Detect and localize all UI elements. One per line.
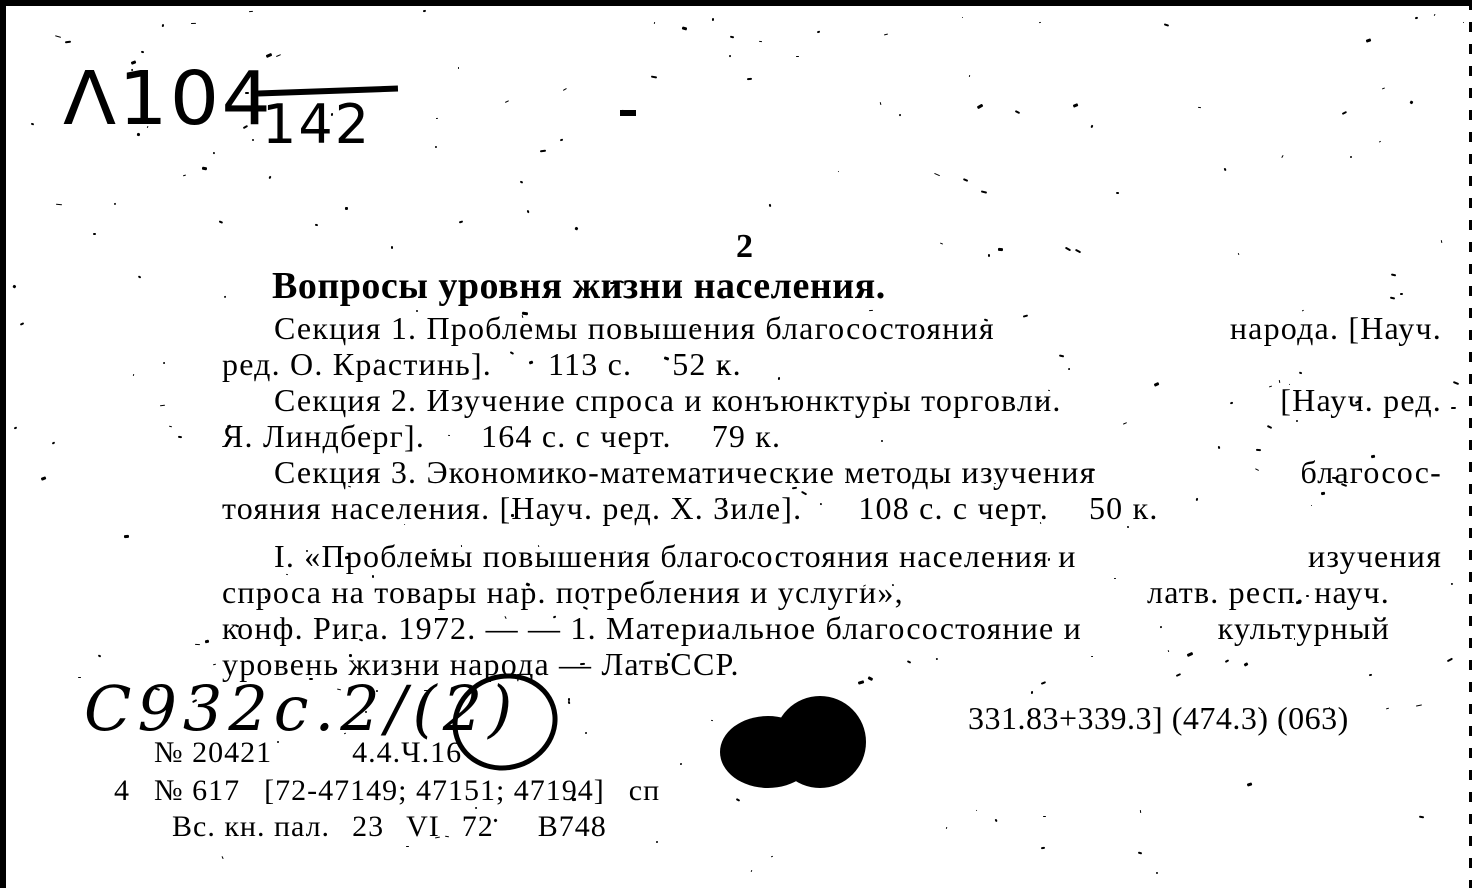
noise-speck [1342, 111, 1347, 115]
order-copies: 4 [114, 774, 130, 807]
noise-speck [1349, 156, 1351, 158]
noise-speck [1391, 274, 1397, 277]
section-3-editor: тояния населения. [Науч. ред. Х. Зиле]. [222, 490, 802, 526]
noise-speck [567, 700, 570, 703]
noise-speck [276, 740, 279, 742]
noise-speck [1218, 445, 1220, 448]
noise-speck [711, 18, 713, 21]
udc-classification: 331.83+339.3] (474.3) (063) [968, 700, 1349, 737]
section-2-line-1: Секция 2. Изучение спроса и конъюнктуры … [222, 382, 1442, 419]
subject-line-1: I. «Проблемы повышения благосостояния на… [222, 538, 1442, 575]
noise-speck [574, 227, 578, 231]
noise-speck [458, 67, 459, 69]
noise-speck [610, 282, 615, 284]
scan-border-left [0, 0, 6, 888]
section-2-text-b: [Науч. ред. [1280, 382, 1442, 419]
noise-speck [963, 178, 968, 182]
noise-speck [406, 846, 409, 847]
noise-speck [1156, 872, 1158, 874]
noise-speck [445, 835, 449, 837]
noise-speck [202, 167, 207, 171]
noise-speck [505, 100, 510, 103]
noise-speck [162, 24, 164, 27]
noise-speck [650, 75, 656, 78]
noise-speck [1091, 656, 1093, 657]
noise-speck [133, 374, 135, 376]
chamber-day: 23 [352, 810, 384, 843]
noise-speck [1074, 249, 1080, 254]
noise-speck [55, 36, 61, 39]
noise-speck [1238, 253, 1240, 255]
noise-speck [1223, 168, 1226, 171]
subject-line-3: конф. Рига. 1972. — — 1. Материальное бл… [222, 610, 1390, 647]
noise-speck [994, 818, 997, 821]
section-1-pages: 113 с. [548, 346, 632, 382]
noise-speck [182, 175, 185, 177]
noise-speck [1247, 783, 1253, 787]
noise-speck [1451, 407, 1456, 409]
noise-speck [1419, 816, 1425, 819]
noise-speck [1434, 14, 1436, 17]
ink-blot [718, 696, 868, 792]
section-1-line-1: Секция 1. Проблемы повышения благосостоя… [222, 310, 1442, 347]
noise-speck [1091, 124, 1094, 127]
noise-speck [976, 809, 978, 811]
noise-speck [459, 221, 463, 224]
noise-speck [579, 663, 584, 665]
noise-speck [376, 690, 378, 692]
noise-speck [1451, 583, 1453, 586]
section-1-line-2: ред. О. Крастинь].113 с.52 к. [222, 346, 742, 383]
noise-speck [1116, 192, 1119, 195]
noise-speck [730, 35, 734, 38]
noise-speck [205, 639, 210, 643]
order-mark: сп [629, 774, 660, 807]
noise-speck [390, 246, 393, 249]
noise-speck [1441, 240, 1443, 243]
noise-speck [560, 139, 563, 141]
section-3-line-2: тояния населения. [Науч. ред. Х. Зиле].1… [222, 490, 1159, 527]
noise-speck [934, 173, 940, 177]
noise-speck [224, 296, 226, 298]
noise-speck [666, 653, 669, 656]
noise-speck [20, 322, 24, 325]
noise-speck [1041, 846, 1045, 848]
noise-speck [1195, 498, 1198, 501]
noise-speck [1452, 381, 1458, 385]
section-3-line-1: Секция 3. Экономико-математические метод… [222, 454, 1442, 491]
noise-speck [160, 404, 165, 406]
section-3-text-b: благосос- [1301, 454, 1442, 491]
subject-line-2: спроса на товары нар. потребления и услу… [222, 574, 1390, 611]
noise-speck [682, 27, 688, 31]
noise-speck [962, 17, 963, 19]
noise-speck [162, 362, 165, 365]
noise-speck [191, 23, 196, 24]
noise-speck [1294, 638, 1295, 640]
chamber-label: Вс. кн. пал. [172, 810, 330, 843]
noise-speck [1123, 422, 1127, 424]
noise-speck [563, 88, 567, 91]
noise-speck [349, 654, 352, 657]
noise-speck [352, 595, 354, 597]
noise-speck [838, 171, 840, 173]
noise-speck [747, 78, 753, 81]
section-1-text-b: народа. [Науч. [1230, 310, 1442, 347]
noise-speck [778, 377, 780, 380]
section-3-text-a: Секция 3. Экономико-математические метод… [274, 454, 1095, 491]
noise-speck [213, 664, 216, 666]
noise-speck [1379, 141, 1382, 143]
noise-speck [728, 55, 731, 58]
noise-speck [1299, 371, 1303, 374]
section-2-editor: Я. Линдберг]. [222, 418, 425, 454]
scan-border-top [0, 0, 1472, 6]
chamber-year: 72 [462, 810, 494, 843]
noise-speck [269, 176, 272, 180]
noise-speck [436, 117, 438, 119]
noise-speck [711, 720, 713, 722]
noise-speck [65, 40, 71, 43]
subject-line-3-b: культурный [1218, 610, 1390, 647]
accession-code: 4.4.Ч.16 [352, 736, 462, 769]
noise-speck [1244, 663, 1249, 667]
noise-speck [1187, 652, 1193, 657]
noise-speck [899, 113, 902, 116]
noise-speck [249, 11, 253, 13]
noise-speck [968, 75, 970, 77]
noise-speck [1321, 492, 1325, 495]
noise-speck [1164, 23, 1169, 26]
noise-speck [1031, 691, 1033, 694]
noise-speck [423, 10, 427, 13]
noise-speck [522, 311, 528, 314]
noise-speck [653, 22, 655, 24]
noise-speck [124, 534, 129, 537]
accession-line: № 204214.4.Ч.16 [154, 736, 462, 770]
noise-speck [751, 869, 753, 871]
noise-speck [1068, 368, 1071, 370]
noise-speck [330, 113, 333, 116]
noise-speck [936, 657, 939, 660]
noise-speck [1127, 526, 1129, 528]
noise-speck [718, 409, 720, 411]
noise-speck [680, 763, 682, 765]
noise-speck [56, 204, 62, 205]
noise-speck [858, 680, 864, 684]
noise-speck [1198, 106, 1201, 107]
noise-speck [907, 660, 912, 664]
noise-speck [1065, 247, 1071, 252]
noise-speck [1037, 399, 1042, 401]
noise-speck [656, 841, 658, 843]
section-1-price: 52 к. [672, 346, 742, 382]
noise-speck [1332, 477, 1337, 479]
noise-speck [1390, 296, 1395, 299]
noise-speck [1365, 39, 1371, 43]
noise-speck [40, 476, 46, 480]
noise-speck [195, 644, 200, 645]
order-refs: [72-47149; 47151; 47194] [264, 774, 605, 807]
noise-speck [796, 56, 799, 57]
noise-speck [976, 103, 982, 108]
noise-speck [1073, 104, 1078, 108]
catalog-card: Λ104 142 2 Вопросы уровня жизни населени… [0, 0, 1472, 888]
noise-speck [113, 203, 116, 206]
order-number: № 617 [154, 774, 240, 807]
noise-speck [585, 732, 587, 734]
noise-speck [884, 34, 888, 36]
noise-speck [1296, 419, 1298, 421]
noise-speck [14, 427, 17, 430]
noise-speck [1386, 708, 1389, 710]
noise-speck [987, 254, 989, 257]
noise-speck [276, 54, 281, 57]
noise-speck [424, 690, 428, 691]
section-2-line-2: Я. Линдберг].164 с. с черт.79 к. [222, 418, 781, 455]
noise-speck [138, 275, 142, 279]
subject-line-2-a: спроса на товары нар. потребления и услу… [222, 574, 904, 611]
noise-speck [365, 711, 367, 713]
noise-speck [1168, 650, 1170, 653]
noise-speck [98, 655, 102, 658]
noise-speck [1043, 816, 1046, 817]
noise-speck [1369, 674, 1372, 676]
noise-speck [758, 40, 761, 42]
noise-speck [867, 676, 872, 680]
noise-speck [1415, 16, 1419, 19]
noise-speck [1306, 595, 1309, 598]
noise-speck [771, 856, 774, 858]
section-2-price: 79 к. [712, 418, 782, 454]
noise-speck [212, 152, 214, 154]
section-1-editor: ред. О. Крастинь]. [222, 346, 492, 382]
section-2-pages: 164 с. с черт. [481, 418, 672, 454]
noise-speck [1447, 658, 1453, 663]
order-line: 4№ 617[72-47149; 47151; 47194]сп [114, 774, 660, 808]
noise-speck [344, 206, 347, 209]
noise-speck [771, 515, 773, 517]
noise-speck [12, 284, 16, 288]
noise-speck [493, 818, 497, 822]
noise-speck [1059, 354, 1065, 358]
noise-speck [218, 221, 222, 224]
noise-speck [221, 856, 223, 859]
noise-speck [31, 123, 34, 126]
noise-speck [309, 678, 313, 680]
noise-speck [1225, 659, 1230, 663]
noise-speck [946, 827, 948, 830]
noise-speck [1041, 681, 1046, 685]
noise-speck [141, 51, 144, 54]
shelfmark-handwritten-prefix: Λ104 [63, 62, 273, 136]
noise-speck [1282, 155, 1284, 158]
noise-speck [1039, 21, 1041, 23]
noise-speck [78, 677, 82, 679]
noise-speck [252, 139, 254, 141]
noise-speck [1048, 558, 1051, 561]
noise-speck [880, 102, 882, 105]
noise-speck [475, 806, 477, 808]
noise-speck [1382, 87, 1385, 89]
subject-line-2-b: латв. респ. науч. [1147, 574, 1390, 611]
section-2-text-a: Секция 2. Изучение спроса и конъюнктуры … [274, 382, 1062, 419]
shelfmark-handwritten-suffix: 142 [262, 98, 371, 152]
noise-speck [435, 146, 437, 148]
noise-speck [817, 31, 820, 33]
noise-speck [1256, 449, 1261, 451]
noise-speck [52, 442, 56, 445]
accession-number: № 20421 [154, 736, 272, 769]
noise-speck [881, 440, 883, 442]
noise-speck [169, 425, 172, 427]
noise-speck [1137, 852, 1141, 855]
card-title: Вопросы уровня жизни населения. [272, 264, 886, 308]
section-1-text-a: Секция 1. Проблемы повышения благосостоя… [274, 310, 995, 347]
noise-speck [981, 190, 987, 193]
noise-speck [1415, 704, 1421, 707]
noise-speck [315, 224, 318, 226]
subject-line-3-a: конф. Рига. 1972. — — 1. Материальное бл… [222, 610, 1082, 647]
page-number: 2 [736, 228, 753, 266]
noise-speck [1311, 505, 1312, 506]
noise-speck [768, 204, 770, 207]
noise-speck [1015, 110, 1020, 114]
noise-speck [527, 210, 530, 213]
subject-line-1-a: I. «Проблемы повышения благосостояния на… [274, 538, 1077, 575]
section-3-price: 50 к. [1089, 490, 1159, 526]
noise-speck [1140, 810, 1142, 813]
noise-speck [1176, 673, 1182, 677]
subject-line-1-b: изучения [1308, 538, 1442, 575]
noise-speck [178, 436, 183, 439]
noise-speck [540, 150, 546, 153]
noise-speck [1463, 22, 1464, 24]
section-3-pages: 108 с. с черт. [858, 490, 1049, 526]
noise-speck [1400, 293, 1403, 295]
noise-speck [93, 233, 97, 235]
book-chamber-line: Вс. кн. пал.23VI72В748 [172, 810, 607, 844]
noise-speck [940, 243, 943, 245]
noise-speck [519, 180, 522, 183]
noise-speck [1091, 469, 1095, 472]
noise-speck [1267, 425, 1273, 429]
chamber-code: В748 [538, 810, 607, 843]
noise-speck [998, 247, 1003, 250]
noise-speck [736, 798, 741, 802]
noise-speck [1410, 101, 1414, 105]
